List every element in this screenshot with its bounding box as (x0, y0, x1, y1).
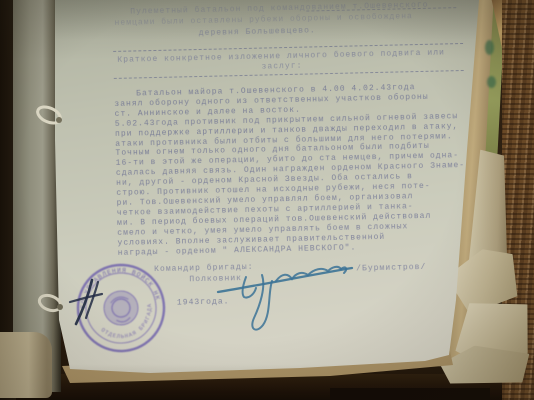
handwritten-signature (200, 255, 370, 345)
desk-shadow (330, 388, 490, 400)
body-text: Батальон майора т.Ошевенского в 4.00 4.0… (114, 82, 474, 258)
green-ink-smudge (487, 76, 496, 88)
typed-line: деревня Большевцево. (199, 26, 316, 38)
dashed-separator (114, 70, 464, 79)
underlying-page-corner (0, 332, 52, 398)
green-ink-smudge (485, 40, 494, 55)
binding-string (32, 100, 66, 132)
archival-pen-mark (62, 272, 112, 332)
photo-of-archival-document: Пулеметный батальон под командованием т.… (0, 0, 534, 400)
section-heading: заслуг: (261, 62, 302, 72)
